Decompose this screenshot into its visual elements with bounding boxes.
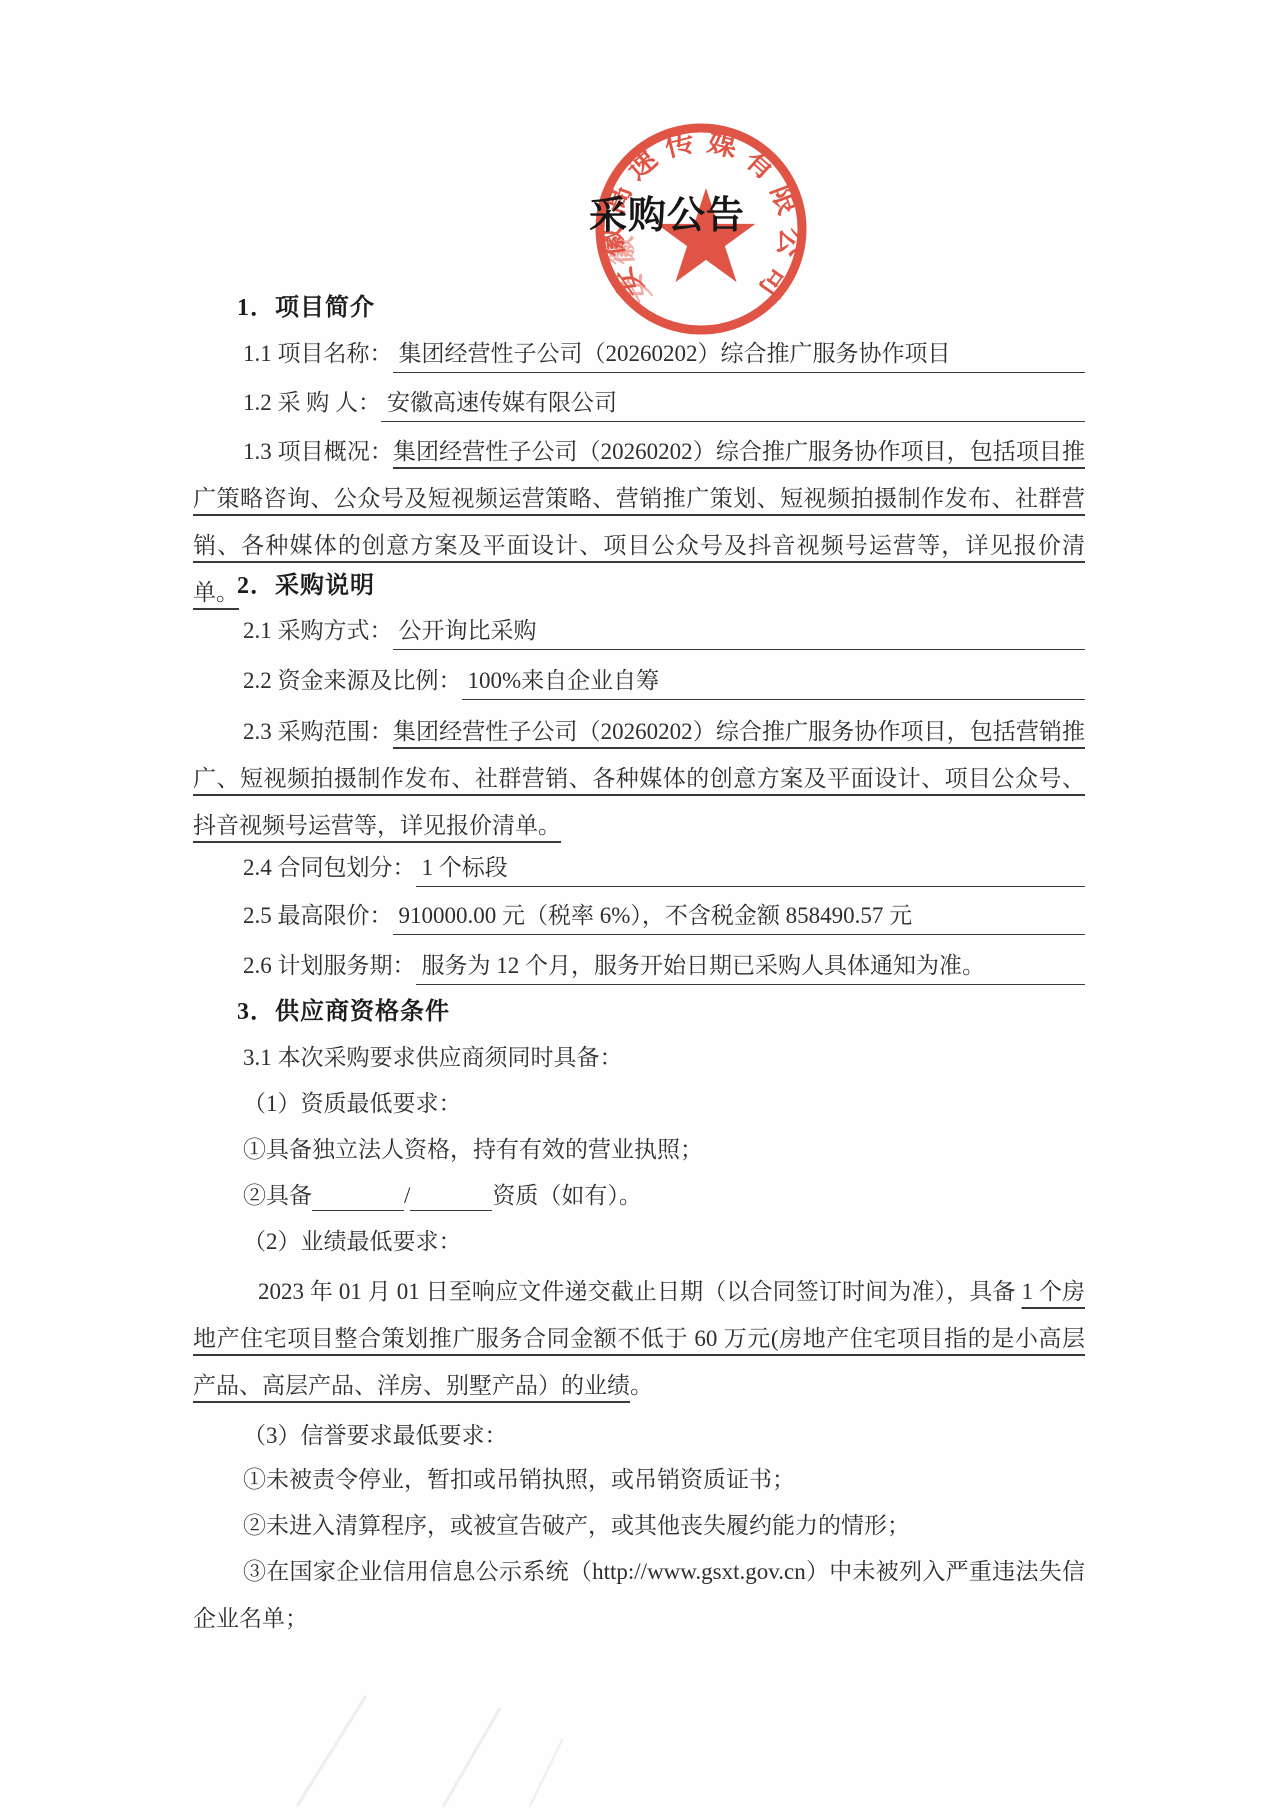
field-value: 安徽高速传媒有限公司 xyxy=(387,390,617,415)
document-page: 安 徽 高 速 传 媒 有 限 公 司 安 徽 采购公告 1．项目简介 1.1 … xyxy=(0,0,1280,1811)
scan-smudge xyxy=(296,1695,367,1807)
qualification-item-2: ②具备/资质（如有）。 xyxy=(243,1181,642,1211)
field-label: 2.4 合同包划分： xyxy=(243,853,416,883)
field-label: 1.3 项目概况： xyxy=(243,439,393,464)
field-funding-source: 2.2 资金来源及比例： 100%来自企业自筹 xyxy=(243,666,1085,700)
reputation-requirement-title: （3）信誉要求最低要求： xyxy=(243,1421,508,1451)
para-procurement-scope: 2.3 采购范围：集团经营性子公司（20260202）综合推广服务协作项目，包括… xyxy=(193,708,1085,849)
field-label: 2.3 采购范围： xyxy=(243,719,393,744)
field-underline: 服务为 12 个月，服务开始日期已采购人具体通知为准。 xyxy=(416,951,1086,985)
field-procurement-method: 2.1 采购方式： 公开询比采购 xyxy=(243,616,1085,650)
seal-arc-char: 速 xyxy=(620,142,664,186)
fill-in-blank xyxy=(312,1187,404,1211)
field-value: 100%来自企业自筹 xyxy=(468,668,660,693)
field-label: 2.2 资金来源及比例： xyxy=(243,666,462,696)
performance-end: 。 xyxy=(630,1373,653,1398)
field-value: 公开询比采购 xyxy=(399,618,537,643)
seal-ghost-char: 徽 xyxy=(605,235,639,265)
page-title: 采购公告 xyxy=(589,197,745,235)
qualification-requirement-title: （1）资质最低要求： xyxy=(243,1089,462,1119)
field-value: 1 个标段 xyxy=(422,855,508,880)
field-underline: 910000.00 元（税率 6%），不含税金额 858490.57 元 xyxy=(393,901,1086,935)
reputation-item-3: ③在国家企业信用信息公示系统（http://www.gsxt.gov.cn）中未… xyxy=(193,1548,1085,1642)
blank-suffix: 资质（如有）。 xyxy=(492,1183,642,1208)
field-contract-packages: 2.4 合同包划分： 1 个标段 xyxy=(243,853,1085,887)
field-label: 2.6 计划服务期： xyxy=(243,951,416,981)
field-underline: 安徽高速传媒有限公司 xyxy=(381,388,1085,422)
performance-text: 2023 年 01 月 01 日至响应文件递交截止日期（以合同签订时间为准），具… xyxy=(258,1279,1022,1304)
supplier-requirements-intro: 3.1 本次采购要求供应商须同时具备： xyxy=(243,1043,623,1073)
field-value: 服务为 12 个月，服务开始日期已采购人具体通知为准。 xyxy=(422,953,986,978)
field-label: 2.5 最高限价： xyxy=(243,901,393,931)
field-service-period: 2.6 计划服务期： 服务为 12 个月，服务开始日期已采购人具体通知为准。 xyxy=(243,951,1085,985)
field-underline: 100%来自企业自筹 xyxy=(462,666,1086,700)
reputation-item-1: ①未被责令停业，暂扣或吊销执照，或吊销资质证书； xyxy=(243,1465,795,1495)
section-1-heading: 1．项目简介 xyxy=(237,294,375,323)
field-price-ceiling: 2.5 最高限价： 910000.00 元（税率 6%），不含税金额 85849… xyxy=(243,901,1085,935)
seal-arc-char: 公 xyxy=(772,226,807,259)
reputation-item-2: ②未进入清算程序，或被宣告破产，或其他丧失履约能力的情形； xyxy=(243,1511,910,1541)
blank-prefix: ②具备 xyxy=(243,1183,312,1208)
scan-smudge xyxy=(528,1738,563,1807)
para-performance-requirement: 2023 年 01 月 01 日至响应文件递交截止日期（以合同签订时间为准），具… xyxy=(193,1268,1085,1409)
section-2-heading: 2．采购说明 xyxy=(237,572,375,601)
field-label: 2.1 采购方式： xyxy=(243,616,393,646)
field-value: 910000.00 元（税率 6%），不含税金额 858490.57 元 xyxy=(399,903,913,928)
field-underline: 公开询比采购 xyxy=(393,616,1086,650)
field-purchaser: 1.2 采 购 人： 安徽高速传媒有限公司 xyxy=(243,388,1085,422)
performance-requirement-title: （2）业绩最低要求： xyxy=(243,1227,462,1257)
seal-arc-char: 有 xyxy=(739,142,783,186)
field-underline: 1 个标段 xyxy=(416,853,1086,887)
field-label: 1.1 项目名称： xyxy=(243,339,393,369)
fill-in-blank xyxy=(410,1187,492,1211)
scan-smudge xyxy=(441,1707,501,1808)
qualification-item-1: ①具备独立法人资格，持有有效的营业执照； xyxy=(243,1135,703,1165)
field-label: 1.2 采 购 人： xyxy=(243,388,381,418)
section-3-heading: 3．供应商资格条件 xyxy=(237,998,450,1027)
